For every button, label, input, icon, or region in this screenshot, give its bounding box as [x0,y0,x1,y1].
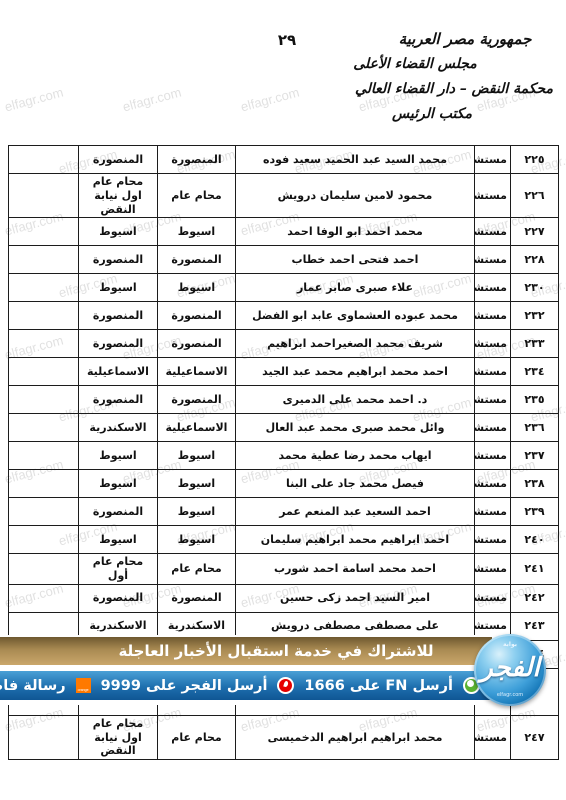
row-title-cell: مستشار [475,498,511,526]
row-name-cell: احمد فتحى احمد خطاب [236,246,475,274]
row-name-cell: وائل محمد صبرى محمد عبد العال [236,414,475,442]
row-location1-cell: المنصورة [158,146,236,174]
row-name-cell: ايهاب محمد رضا عطية محمد [236,442,475,470]
row-name-cell: محمد السيد عبد الحميد سعيد فوده [236,146,475,174]
row-empty-cell [9,174,79,218]
row-name-cell: احمد محمد ابراهيم محمد عبد الجيد [236,358,475,386]
row-empty-cell [9,146,79,174]
sms-vodafone: أرسل الفجر على 9999 [101,678,268,694]
row-empty-cell [9,330,79,358]
row-location2-cell: المنصورة [79,584,158,612]
elfagr-logo-watermark-text: elfagr.com [497,692,523,698]
table-row: ٢٤٧ مستشار محمد ابراهيم ابراهيم الدخميسى… [9,715,559,759]
row-empty-cell [9,386,79,414]
row-location1-cell: اسيوط [158,274,236,302]
row-title-cell: مستشار [475,554,511,585]
row-location1-cell: المنصورة [158,330,236,358]
row-location1-cell: محام عام [158,554,236,585]
row-location2-cell: المنصورة [79,386,158,414]
table-row: ٢٢٧ مستشار محمد احمد ابو الوفا احمد اسيو… [9,218,559,246]
banner-headline: للاشتراك في خدمة استقبال الأخبار العاجلة [58,642,433,660]
table-row: ٢٣٦ مستشار وائل محمد صبرى محمد عبد العال… [9,414,559,442]
row-location1-cell: الاسماعيلية [158,358,236,386]
row-location1-cell: المنصورة [158,302,236,330]
row-empty-cell [9,498,79,526]
elfagr-logo: بوابة الفجر elfagr.com [474,634,546,706]
row-number-cell: ٢٢٨ [511,246,559,274]
row-location2-cell: المنصورة [79,146,158,174]
row-location1-cell: المنصورة [158,386,236,414]
row-empty-cell [9,554,79,585]
watermark-text: elfagr.com [239,84,301,114]
elfagr-logo-text: الفجر [480,655,539,681]
row-name-cell: فيصل محمد جاد على البنا [236,470,475,498]
table-row: ٢٤٢ مستشار امير السيد احمد زكى حسين المن… [9,584,559,612]
row-number-cell: ٢٣٣ [511,330,559,358]
sms-orange: رسالة فاضية على4529 [0,678,66,694]
row-number-cell: ٢٢٥ [511,146,559,174]
row-location2-cell: المنصورة [79,330,158,358]
row-number-cell: ٢٣٩ [511,498,559,526]
row-empty-cell [9,584,79,612]
watermark-text: elfagr.com [121,84,183,114]
row-location2-cell: محام عام أول [79,554,158,585]
row-number-cell: ٢٣٨ [511,470,559,498]
header-office: مكتب الرئيس [382,106,482,122]
row-empty-cell [9,442,79,470]
row-number-cell: ٢٣٢ [511,302,559,330]
row-number-cell: ٢٣٤ [511,358,559,386]
row-location2-cell: المنصورة [79,302,158,330]
row-number-cell: ٢٣٦ [511,414,559,442]
table-row: ٢٣٢ مستشار محمد عبوده العشماوى عابد ابو … [9,302,559,330]
row-empty-cell [9,526,79,554]
scanned-document-page: elfagr.comelfagr.comelfagr.comelfagr.com… [0,0,566,800]
table-row: ٢٣٧ مستشار ايهاب محمد رضا عطية محمد اسيو… [9,442,559,470]
row-number-cell: ٢٢٦ [511,174,559,218]
watermark-text: elfagr.com [3,84,65,114]
row-title-cell: مستشار [475,218,511,246]
row-empty-cell [9,414,79,442]
row-number-cell: ٢٤١ [511,554,559,585]
row-location1-cell: محام عام [158,174,236,218]
row-title-cell: مستشار [475,414,511,442]
row-empty-cell [9,715,79,759]
sms-etisalat: أرسل FN على 1666 [304,678,453,694]
row-empty-cell [9,274,79,302]
row-location1-cell: محام عام [158,715,236,759]
row-number-cell: ٢٣٥ [511,386,559,414]
row-name-cell: شريف محمد الصغيراحمد ابراهيم [236,330,475,358]
row-name-cell: محمد عبوده العشماوى عابد ابو الفضل [236,302,475,330]
table-row: ٢٤١ مستشار احمد محمد اسامة احمد شورب محا… [9,554,559,585]
row-name-cell: احمد ابراهيم محمد ابراهيم سليمان [236,526,475,554]
row-title-cell: مستشار [475,715,511,759]
row-location2-cell: اسيوط [79,442,158,470]
banner-sms-bar: أرسل FN على 1666 أرسل الفجر على 9999 رسا… [0,671,492,700]
row-location1-cell: اسيوط [158,470,236,498]
row-location1-cell: اسيوط [158,498,236,526]
header-council: مجلس القضاء الأعلى [345,56,485,72]
row-location2-cell: المنصورة [79,498,158,526]
header-country: جمهورية مصر العربية [370,30,560,48]
row-location1-cell: المنصورة [158,584,236,612]
row-title-cell: مستشار [475,526,511,554]
row-name-cell: علاء صبرى صابر عمار [236,274,475,302]
orange-icon [76,678,91,693]
row-title-cell: مستشار [475,274,511,302]
row-number-cell: ٢٢٧ [511,218,559,246]
table-row: ٢٢٦ مستشار محمود لامين سليمان درويش محام… [9,174,559,218]
row-empty-cell [9,302,79,330]
row-location1-cell: اسيوط [158,526,236,554]
row-title-cell: مستشار [475,442,511,470]
table-row: ٢٣٥ مستشار د. احمد محمد على الدميرى المن… [9,386,559,414]
row-name-cell: محمد ابراهيم ابراهيم الدخميسى [236,715,475,759]
row-location2-cell: اسيوط [79,218,158,246]
row-location2-cell: محام عام اول نيابة النقض [79,174,158,218]
row-title-cell: مستشار [475,174,511,218]
row-number-cell: ٢٣٠ [511,274,559,302]
news-subscription-banner: للاشتراك في خدمة استقبال الأخبار العاجلة… [0,635,492,705]
table-row: ٢٣٠ مستشار علاء صبرى صابر عمار اسيوط اسي… [9,274,559,302]
row-name-cell: احمد السعيد عبد المنعم عمر [236,498,475,526]
banner-headline-bar: للاشتراك في خدمة استقبال الأخبار العاجلة [0,637,492,665]
row-title-cell: مستشار [475,330,511,358]
row-name-cell: محمد احمد ابو الوفا احمد [236,218,475,246]
elfagr-logo-top-label: بوابة [503,641,517,648]
table-row: ٢٣٣ مستشار شريف محمد الصغيراحمد ابراهيم … [9,330,559,358]
row-number-cell: ٢٤٢ [511,584,559,612]
row-title-cell: مستشار [475,146,511,174]
row-title-cell: مستشار [475,584,511,612]
row-title-cell: مستشار [475,386,511,414]
row-name-cell: محمود لامين سليمان درويش [236,174,475,218]
row-location2-cell: اسيوط [79,526,158,554]
row-location1-cell: اسيوط [158,218,236,246]
row-title-cell: مستشار [475,246,511,274]
row-title-cell: مستشار [475,358,511,386]
row-number-cell: ٢٤٠ [511,526,559,554]
row-location1-cell: الاسماعيلية [158,414,236,442]
row-number-cell: ٢٣٧ [511,442,559,470]
row-location2-cell: الاسماعيلية [79,358,158,386]
row-location1-cell: المنصورة [158,246,236,274]
row-name-cell: امير السيد احمد زكى حسين [236,584,475,612]
table-row: ٢٤٠ مستشار احمد ابراهيم محمد ابراهيم سلي… [9,526,559,554]
vodafone-icon [277,677,294,694]
table-row: ٢٢٨ مستشار احمد فتحى احمد خطاب المنصورة … [9,246,559,274]
table-row: ٢٣٨ مستشار فيصل محمد جاد على البنا اسيوط… [9,470,559,498]
table-row: ٢٢٥ مستشار محمد السيد عبد الحميد سعيد فو… [9,146,559,174]
row-name-cell: احمد محمد اسامة احمد شورب [236,554,475,585]
row-empty-cell [9,218,79,246]
row-empty-cell [9,470,79,498]
page-number: ٢٩ [274,31,300,49]
row-number-cell: ٢٤٧ [511,715,559,759]
row-empty-cell [9,358,79,386]
row-location2-cell: اسيوط [79,274,158,302]
table-row: ٢٣٩ مستشار احمد السعيد عبد المنعم عمر اس… [9,498,559,526]
row-empty-cell [9,246,79,274]
header-court: محكمة النقض – دار القضاء العالي [348,81,560,97]
row-title-cell: مستشار [475,470,511,498]
row-location2-cell: المنصورة [79,246,158,274]
row-title-cell: مستشار [475,302,511,330]
row-name-cell: د. احمد محمد على الدميرى [236,386,475,414]
row-location2-cell: اسيوط [79,470,158,498]
row-location2-cell: الاسكندرية [79,414,158,442]
row-location2-cell: محام عام اول نيابة النقض [79,715,158,759]
row-location1-cell: اسيوط [158,442,236,470]
table-row: ٢٣٤ مستشار احمد محمد ابراهيم محمد عبد ال… [9,358,559,386]
